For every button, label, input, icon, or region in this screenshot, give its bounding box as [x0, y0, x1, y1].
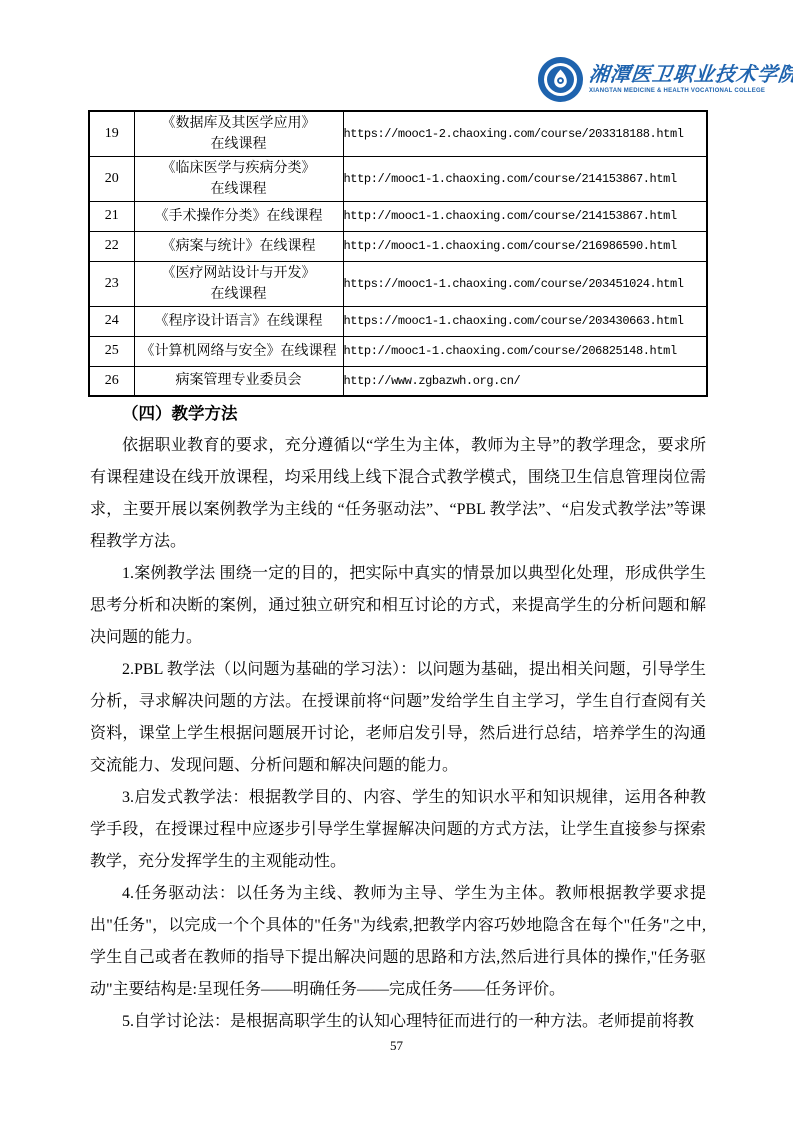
course-name-cell: 《病案与统计》在线课程 [134, 231, 343, 261]
paragraph-self-study-method: 5.自学讨论法：是根据高职学生的认知心理特征而进行的一种方法。老师提前将教 [90, 1006, 706, 1038]
course-name-cell: 《医疗网站设计与开发》 在线课程 [134, 261, 343, 306]
row-number-cell: 23 [89, 261, 134, 306]
course-url-cell: https://mooc1-2.chaoxing.com/course/2033… [343, 111, 707, 156]
table-row: 26 病案管理专业委员会 http://www.zgbazwh.org.cn/ [89, 366, 707, 396]
course-name-cell: 《计算机网络与安全》在线课程 [134, 336, 343, 366]
course-name-cell: 《临床医学与疾病分类》 在线课程 [134, 156, 343, 201]
course-url-cell: https://mooc1-1.chaoxing.com/course/2034… [343, 306, 707, 336]
page-number: 57 [0, 1038, 793, 1054]
college-logo-text: 湘潭医卫职业技术学院 XIANGTAN MEDICINE & HEALTH VO… [589, 65, 793, 94]
row-number-cell: 20 [89, 156, 134, 201]
table-row: 20 《临床医学与疾病分类》 在线课程 http://mooc1-1.chaox… [89, 156, 707, 201]
table-row: 19 《数据库及其医学应用》 在线课程 https://mooc1-2.chao… [89, 111, 707, 156]
course-name-cell: 病案管理专业委员会 [134, 366, 343, 396]
paragraph-task-driven-method: 4.任务驱动法：以任务为主线、教师为主导、学生为主体。教师根据教学要求提出"任务… [90, 878, 706, 1006]
section-heading: （四）教学方法 [90, 399, 706, 430]
paragraph-case-method: 1.案例教学法 围绕一定的目的，把实际中真实的情景加以典型化处理，形成供学生思考… [90, 558, 706, 654]
paragraph-pbl-method: 2.PBL 教学法（以问题为基础的学习法）：以问题为基础，提出相关问题，引导学生… [90, 654, 706, 782]
course-url-cell: https://mooc1-1.chaoxing.com/course/2034… [343, 261, 707, 306]
table-row: 24 《程序设计语言》在线课程 https://mooc1-1.chaoxing… [89, 306, 707, 336]
course-name-cell: 《手术操作分类》在线课程 [134, 201, 343, 231]
row-number-cell: 25 [89, 336, 134, 366]
table-row: 25 《计算机网络与安全》在线课程 http://mooc1-1.chaoxin… [89, 336, 707, 366]
course-link-table: 19 《数据库及其医学应用》 在线课程 https://mooc1-2.chao… [88, 110, 708, 397]
course-url-cell: http://mooc1-1.chaoxing.com/course/21698… [343, 231, 707, 261]
row-number-cell: 22 [89, 231, 134, 261]
table-row: 23 《医疗网站设计与开发》 在线课程 https://mooc1-1.chao… [89, 261, 707, 306]
course-url-cell: http://www.zgbazwh.org.cn/ [343, 366, 707, 396]
paragraph-intro: 依据职业教育的要求，充分遵循以“学生为主体，教师为主导”的教学理念，要求所有课程… [90, 430, 706, 558]
course-url-cell: http://mooc1-1.chaoxing.com/course/21415… [343, 201, 707, 231]
college-name-en: XIANGTAN MEDICINE & HEALTH VOCATIONAL CO… [589, 88, 793, 94]
row-number-cell: 26 [89, 366, 134, 396]
course-url-cell: http://mooc1-1.chaoxing.com/course/21415… [343, 156, 707, 201]
teaching-methods-section: （四）教学方法 依据职业教育的要求，充分遵循以“学生为主体，教师为主导”的教学理… [90, 399, 706, 1038]
row-number-cell: 24 [89, 306, 134, 336]
college-emblem-icon [537, 56, 584, 103]
college-name-cn: 湘潭医卫职业技术学院 [588, 65, 793, 85]
document-page: 湘潭医卫职业技术学院 XIANGTAN MEDICINE & HEALTH VO… [0, 0, 793, 1122]
table-row: 21 《手术操作分类》在线课程 http://mooc1-1.chaoxing.… [89, 201, 707, 231]
row-number-cell: 21 [89, 201, 134, 231]
course-url-cell: http://mooc1-1.chaoxing.com/course/20682… [343, 336, 707, 366]
table-row: 22 《病案与统计》在线课程 http://mooc1-1.chaoxing.c… [89, 231, 707, 261]
course-name-cell: 《数据库及其医学应用》 在线课程 [134, 111, 343, 156]
course-name-cell: 《程序设计语言》在线课程 [134, 306, 343, 336]
row-number-cell: 19 [89, 111, 134, 156]
college-logo: 湘潭医卫职业技术学院 XIANGTAN MEDICINE & HEALTH VO… [537, 56, 793, 103]
paragraph-heuristic-method: 3.启发式教学法：根据教学目的、内容、学生的知识水平和知识规律，运用各种教学手段… [90, 782, 706, 878]
